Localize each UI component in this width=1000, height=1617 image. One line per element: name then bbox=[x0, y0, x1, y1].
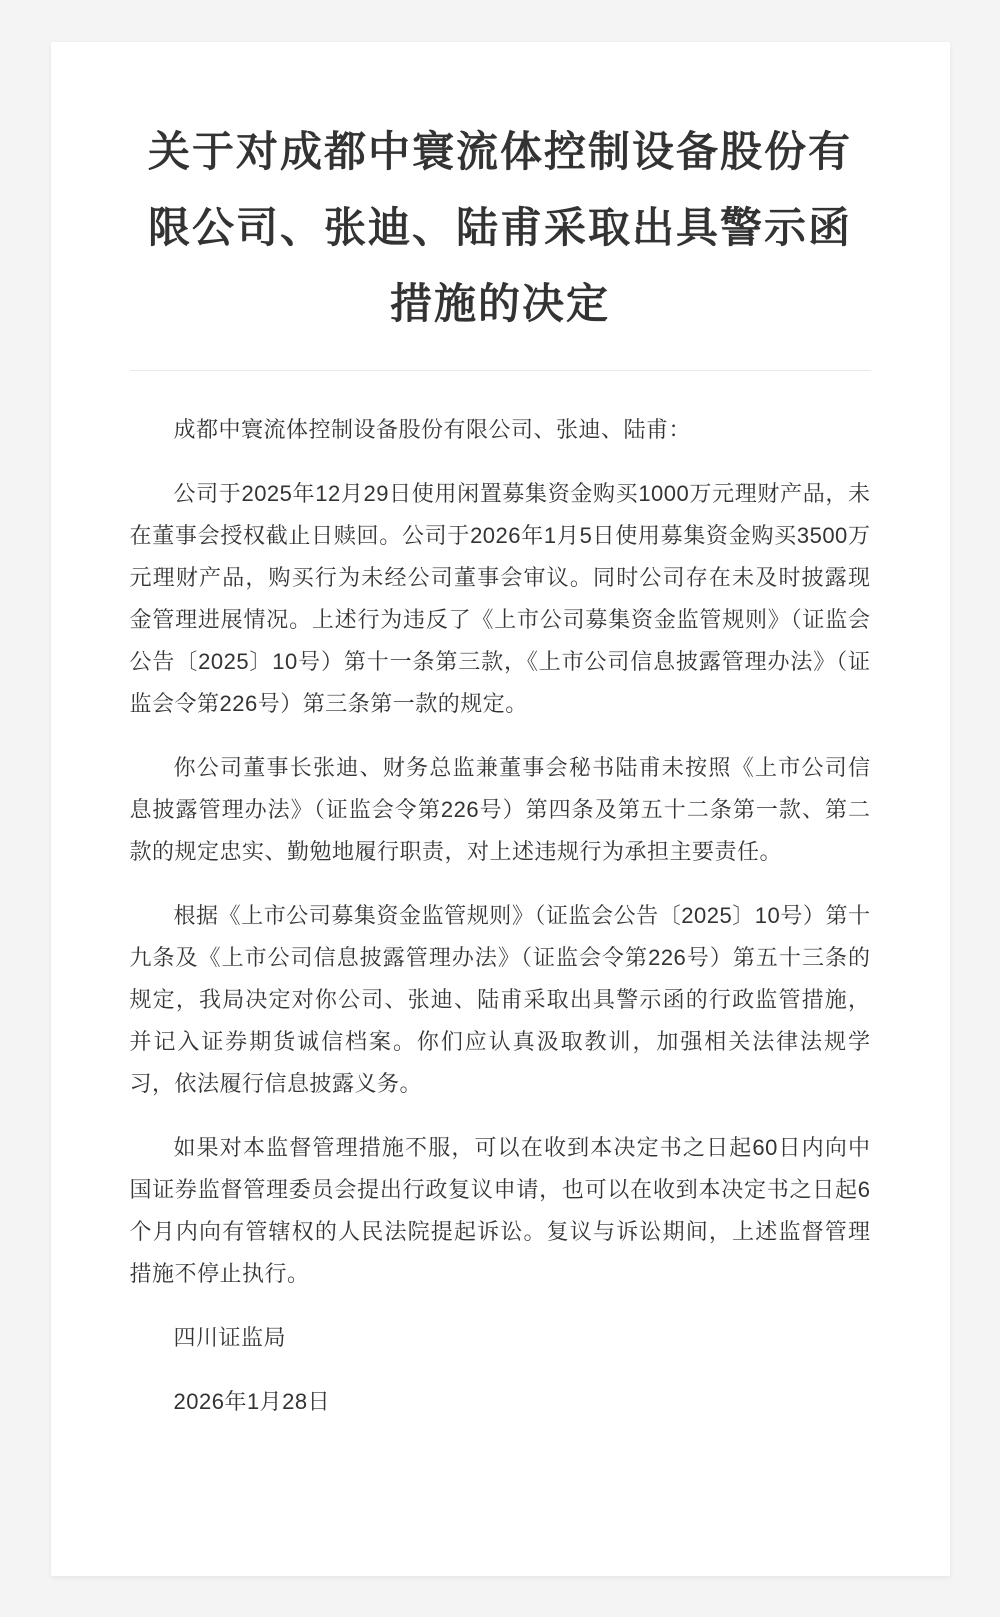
body-paragraph: 如果对本监督管理措施不服，可以在收到本决定书之日起60日内向中国证券监督管理委员… bbox=[130, 1127, 871, 1295]
date-line: 2026年1月28日 bbox=[130, 1381, 871, 1423]
body-paragraph: 根据《上市公司募集资金监管规则》（证监会公告〔2025〕10号）第十九条及《上市… bbox=[130, 895, 871, 1105]
document-title: 关于对成都中寰流体控制设备股份有限公司、张迪、陆甫采取出具警示函措施的决定 bbox=[130, 114, 871, 342]
document-card: 关于对成都中寰流体控制设备股份有限公司、张迪、陆甫采取出具警示函措施的决定 成都… bbox=[51, 42, 950, 1576]
body-paragraph: 公司于2025年12月29日使用闲置募集资金购买1000万元理财产品，未在董事会… bbox=[130, 473, 871, 725]
body-paragraph: 你公司董事长张迪、财务总监兼董事会秘书陆甫未按照《上市公司信息披露管理办法》（证… bbox=[130, 747, 871, 873]
salutation-line: 成都中寰流体控制设备股份有限公司、张迪、陆甫： bbox=[130, 409, 871, 451]
signer-line: 四川证监局 bbox=[130, 1317, 871, 1359]
page-background: 关于对成都中寰流体控制设备股份有限公司、张迪、陆甫采取出具警示函措施的决定 成都… bbox=[0, 0, 1000, 1617]
title-divider bbox=[130, 370, 871, 371]
document-body: 公司于2025年12月29日使用闲置募集资金购买1000万元理财产品，未在董事会… bbox=[130, 473, 871, 1295]
